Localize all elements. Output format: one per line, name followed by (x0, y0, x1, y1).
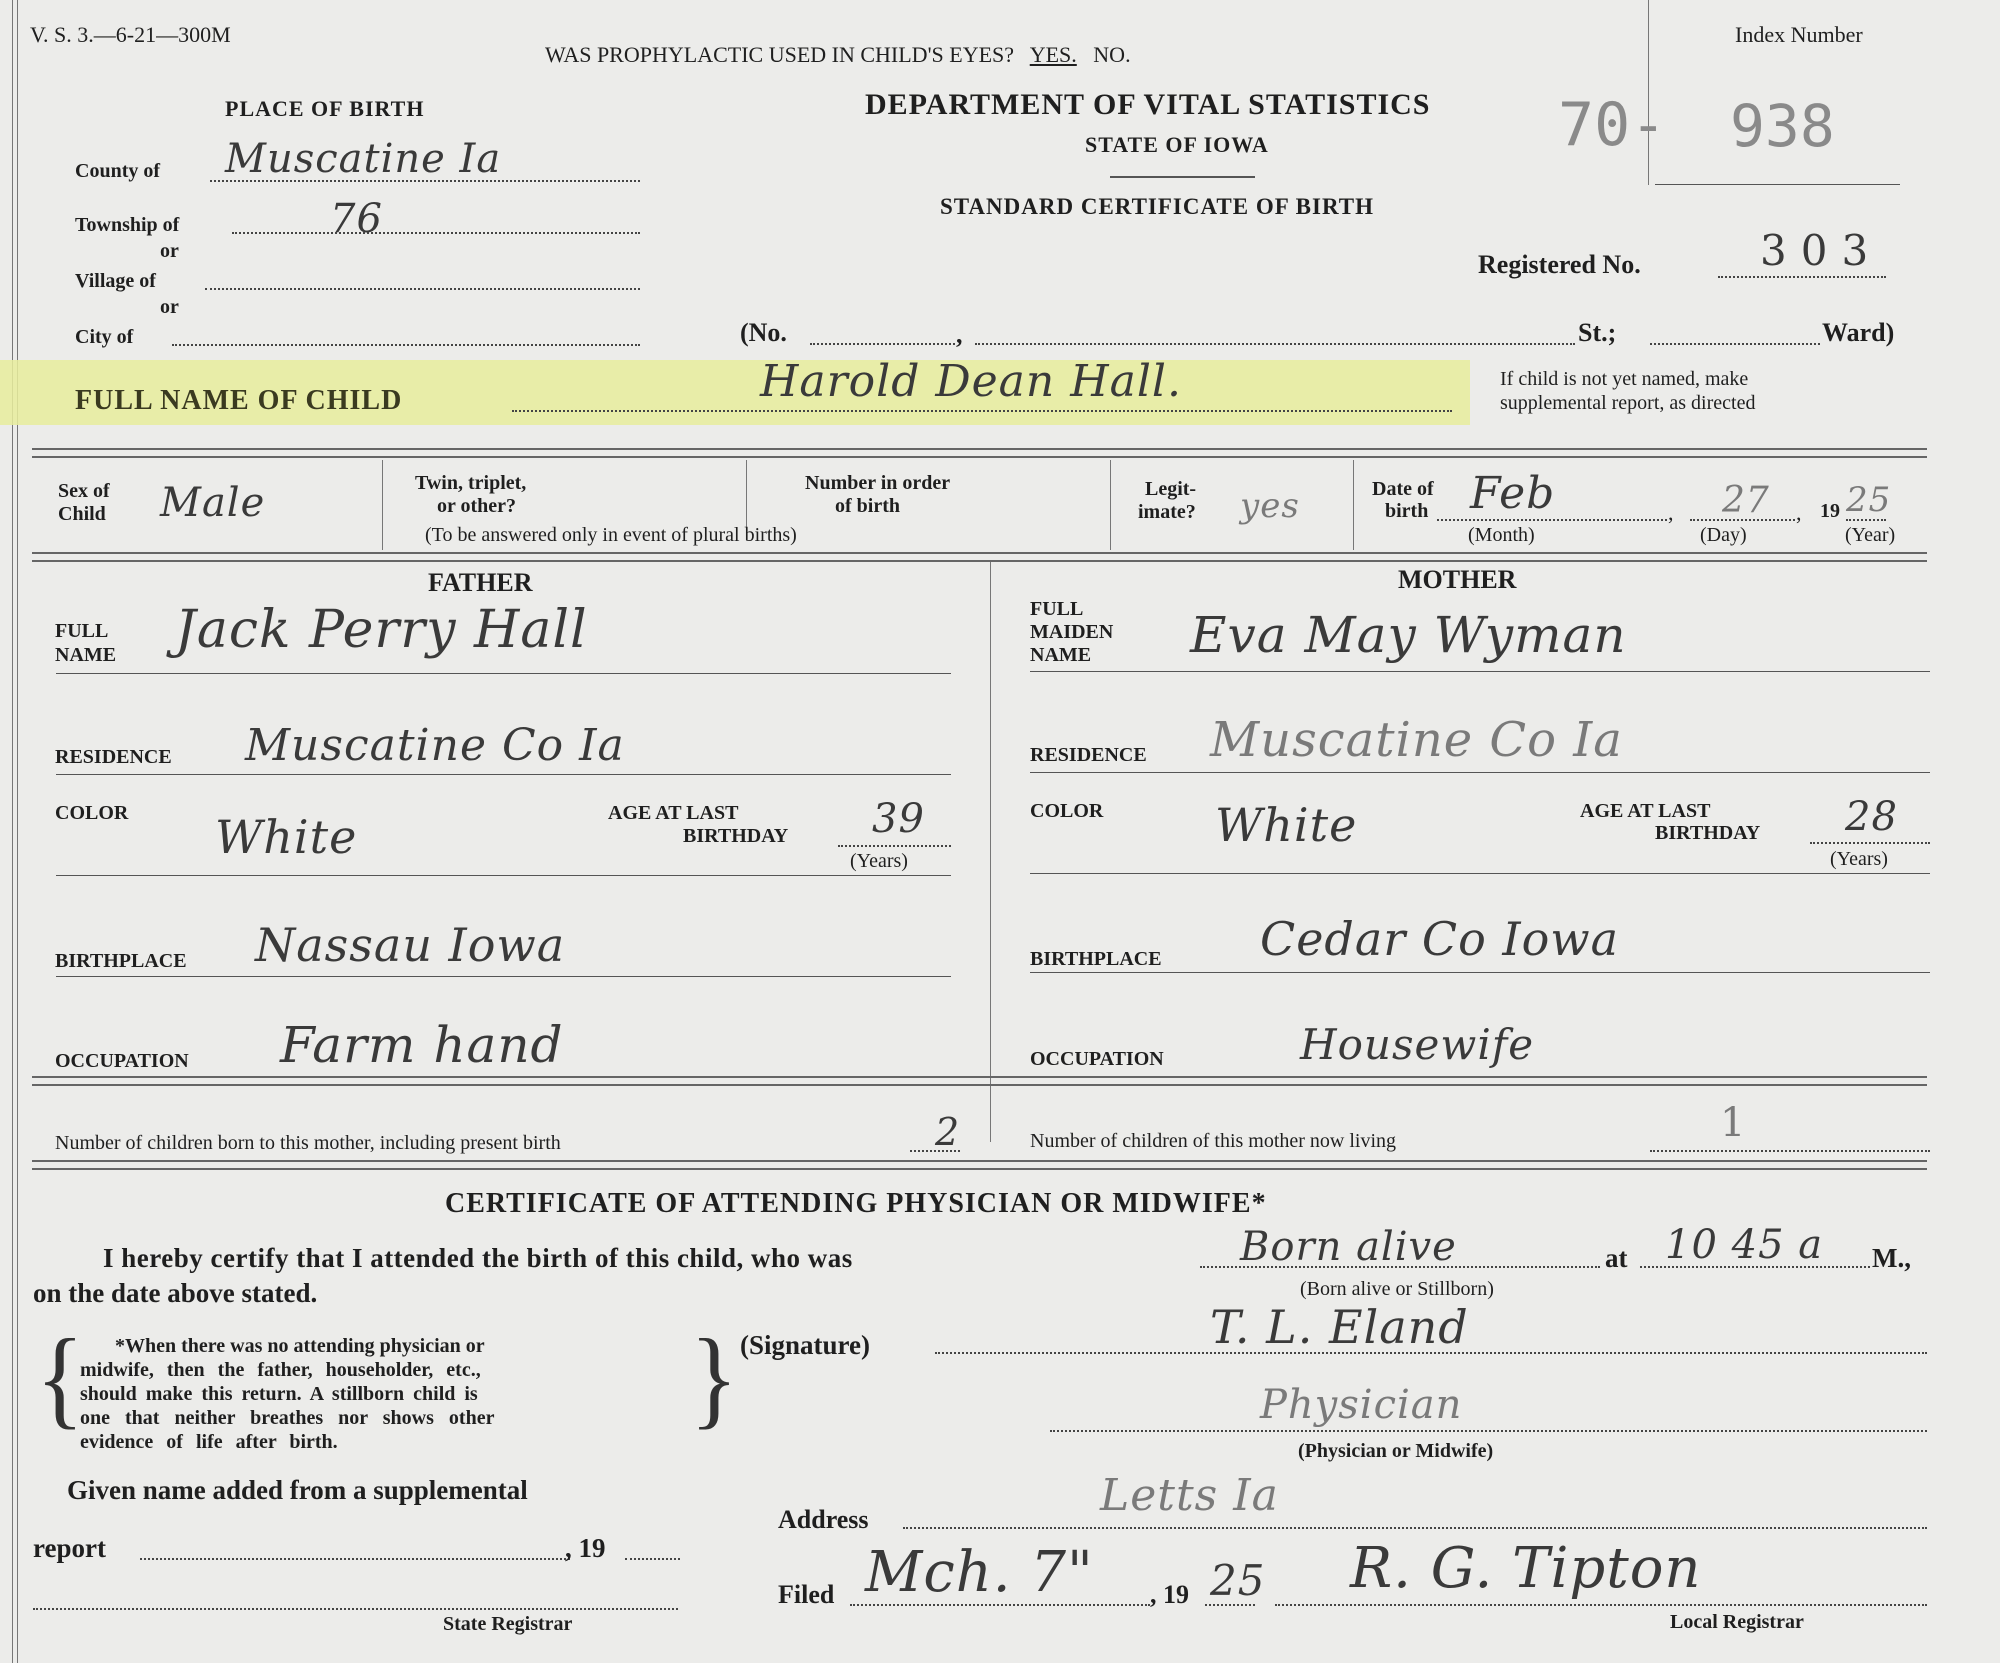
address-field[interactable] (903, 1527, 1927, 1529)
village-field[interactable] (205, 288, 640, 290)
twin-label-1: Twin, triplet, (415, 472, 526, 495)
father-age-value: 39 (872, 796, 925, 842)
local-registrar-field[interactable] (1275, 1604, 1927, 1606)
mother-age-field[interactable] (1810, 842, 1930, 844)
mother-years-caption: (Years) (1830, 848, 1888, 871)
city-label: City of (75, 326, 133, 349)
birth-status-value: Born alive (1240, 1224, 1457, 1270)
legit-label-1: Legit- (1145, 478, 1196, 501)
occupation-bottom-rule (32, 1076, 1927, 1086)
day-caption: (Day) (1700, 524, 1747, 547)
form-code: V. S. 3.—6-21—300M (30, 22, 231, 48)
village-label: Village of (75, 270, 156, 293)
father-name-line (56, 673, 951, 674)
footnote-line-1: *When there was no attending physician o… (80, 1335, 485, 1358)
mother-color-label: COLOR (1030, 800, 1103, 823)
child-name-value: Harold Dean Hall. (760, 356, 1182, 407)
township-field[interactable] (232, 232, 640, 234)
registered-value: 303 (1760, 226, 1882, 275)
township-label: Township of (75, 214, 179, 237)
mother-name-value: Eva May Wyman (1190, 606, 1627, 664)
state-registrar-field[interactable] (33, 1608, 678, 1610)
birth-time-value: 10 45 a (1665, 1222, 1823, 1268)
state-title: STATE OF IOWA (1085, 132, 1269, 158)
county-value: Muscatine Ia (225, 136, 501, 182)
father-color-value: White (215, 810, 357, 864)
place-of-birth-title: PLACE OF BIRTH (225, 96, 424, 122)
state-registrar-label: State Registrar (443, 1613, 572, 1636)
footnote-line-3: should make this return. A stillborn chi… (80, 1383, 478, 1406)
local-registrar-label: Local Registrar (1670, 1611, 1804, 1634)
mother-residence-label: RESIDENCE (1030, 744, 1147, 767)
mother-birthplace-value: Cedar Co Iowa (1260, 912, 1619, 966)
unnamed-note-2: supplemental report, as directed (1500, 392, 1755, 415)
certify-text-2: on the date above stated. (33, 1278, 317, 1309)
unnamed-note-1: If child is not yet named, make (1500, 368, 1748, 391)
mother-color-value: White (1215, 798, 1357, 852)
mother-name-label-1: FULL (1030, 598, 1083, 621)
father-color-label: COLOR (55, 802, 128, 825)
filed-year-prefix: , 19 (1150, 1580, 1189, 1610)
prophylactic-no: NO. (1093, 42, 1130, 67)
dob-year-prefix: 19 (1820, 500, 1840, 523)
dob-label-2: birth (1385, 500, 1428, 523)
plural-note: (To be answered only in event of plural … (425, 524, 797, 547)
dob-month-value: Feb (1470, 468, 1555, 519)
twin-label-2: or other? (437, 495, 516, 518)
children-living-value: 1 (1720, 1100, 1746, 1146)
mother-age-label-1: AGE AT LAST (1580, 800, 1710, 823)
supplemental-report-field[interactable] (140, 1558, 570, 1560)
registrar-signature-value: R. G. Tipton (1350, 1536, 1702, 1601)
address-st-label: St.; (1578, 318, 1616, 348)
footnote-line-5: evidence of life after birth. (80, 1431, 338, 1454)
mother-name-line (1030, 671, 1930, 672)
father-name-label-1: FULL (55, 620, 108, 643)
supplemental-year-field[interactable] (625, 1558, 680, 1560)
order-label-1: Number in order (805, 472, 950, 495)
role-caption: (Physician or Midwife) (1298, 1440, 1493, 1463)
footnote-brace-right: } (690, 1323, 738, 1433)
father-name-label-2: NAME (55, 644, 116, 667)
father-name-value: Jack Perry Hall (175, 600, 588, 660)
mother-residence-value: Muscatine Co Ia (1210, 712, 1623, 768)
father-birthplace-label: BIRTHPLACE (55, 950, 187, 973)
registered-field[interactable] (1718, 276, 1886, 278)
children-living-field[interactable] (1650, 1150, 1930, 1152)
father-residence-line (56, 774, 951, 775)
physician-title: CERTIFICATE OF ATTENDING PHYSICIAN OR MI… (445, 1188, 1267, 1220)
certificate-title: STANDARD CERTIFICATE OF BIRTH (940, 194, 1374, 220)
or-text-2: or (160, 296, 179, 319)
father-occupation-label: OCCUPATION (55, 1050, 189, 1073)
address-comma: , (956, 320, 963, 350)
status-caption: (Born alive or Stillborn) (1300, 1278, 1494, 1301)
sex-value: Male (160, 480, 265, 526)
index-label: Index Number (1735, 22, 1863, 48)
department-title: DEPARTMENT OF VITAL STATISTICS (865, 88, 1430, 122)
father-residence-label: RESIDENCE (55, 746, 172, 769)
father-title: FATHER (428, 568, 532, 598)
mother-age-value: 28 (1845, 794, 1898, 840)
filed-label: Filed (778, 1580, 834, 1610)
child-name-label: FULL NAME OF CHILD (75, 385, 402, 417)
supplemental-report-label: report (33, 1533, 106, 1564)
mother-name-label-2: MAIDEN (1030, 621, 1113, 644)
supplemental-year-prefix: , 19 (565, 1533, 606, 1564)
father-occupation-value: Farm hand (280, 1016, 564, 1074)
index-number: 938 (1730, 92, 1835, 160)
mother-name-label-3: NAME (1030, 644, 1091, 667)
filed-year-value: 25 (1210, 1556, 1265, 1605)
order-label-2: of birth (835, 495, 900, 518)
parents-divider (990, 562, 991, 1142)
certify-text: I hereby certify that I attended the bir… (103, 1243, 853, 1274)
dob-comma-2: , (1796, 500, 1802, 526)
dob-label-1: Date of (1372, 478, 1434, 501)
footnote-brace-left: { (36, 1323, 84, 1433)
dob-day-value: 27 (1722, 480, 1770, 521)
child-row-top-rule (32, 448, 1927, 458)
prophylactic-question: WAS PROPHYLACTIC USED IN CHILD'S EYES? Y… (545, 42, 1131, 68)
signature-value: T. L. Eland (1210, 1300, 1469, 1354)
address-street-field[interactable] (975, 343, 1575, 345)
prophylactic-question-text: WAS PROPHYLACTIC USED IN CHILD'S EYES? (545, 42, 1014, 67)
father-residence-value: Muscatine Co Ia (245, 720, 625, 771)
dob-year-value: 25 (1846, 480, 1891, 520)
father-age-field[interactable] (838, 845, 951, 847)
title-rule (1110, 176, 1255, 178)
m-label: M., (1872, 1243, 1911, 1274)
year-caption: (Year) (1845, 524, 1895, 547)
physician-title-field[interactable] (1050, 1430, 1927, 1432)
divider-twin (746, 460, 747, 530)
divider-order (1110, 460, 1111, 550)
dob-month-field[interactable] (1437, 519, 1667, 521)
filed-date-value: Mch. 7" (865, 1540, 1094, 1605)
at-label: at (1605, 1243, 1628, 1274)
mother-color-line (1030, 873, 1930, 874)
city-field[interactable] (172, 344, 640, 346)
address-value: Letts Ia (1100, 1470, 1279, 1521)
children-living-label: Number of children of this mother now li… (1030, 1130, 1396, 1153)
mother-age-label-2: BIRTHDAY (1655, 822, 1760, 845)
legit-label-2: imate? (1138, 501, 1196, 524)
footnote-line-2: midwife, then the father, householder, e… (80, 1359, 481, 1382)
mother-occupation-value: Housewife (1300, 1020, 1534, 1069)
father-birthplace-line (56, 976, 951, 977)
dob-comma-1: , (1668, 500, 1674, 526)
mother-title: MOTHER (1398, 565, 1516, 595)
township-value: 76 (330, 196, 383, 242)
address-ward-field[interactable] (1650, 343, 1820, 345)
children-bottom-rule (32, 1160, 1927, 1170)
sex-label-1: Sex of (58, 480, 110, 503)
children-born-value: 2 (935, 1110, 960, 1154)
divider-sex (382, 460, 383, 550)
address-label: Address (778, 1505, 869, 1535)
divider-legit (1353, 460, 1354, 550)
father-birthplace-value: Nassau Iowa (255, 918, 565, 972)
address-no-label: (No. (740, 318, 787, 348)
address-ward-label: Ward) (1822, 318, 1894, 348)
county-label: County of (75, 160, 160, 183)
supplemental-line-1: Given name added from a supplemental (67, 1475, 528, 1506)
father-age-label-1: AGE AT LAST (608, 802, 738, 825)
footnote-line-4: one that neither breathes nor shows othe… (80, 1407, 494, 1430)
mother-residence-line (1030, 772, 1930, 773)
father-age-label-2: BIRTHDAY (683, 825, 788, 848)
mother-birthplace-label: BIRTHPLACE (1030, 948, 1162, 971)
mother-occupation-label: OCCUPATION (1030, 1048, 1164, 1071)
address-no-field[interactable] (810, 343, 955, 345)
or-text-1: or (160, 240, 179, 263)
child-row-bottom-rule (32, 552, 1927, 562)
father-color-line (56, 875, 951, 876)
index-box-bottom (1655, 184, 1900, 185)
sex-label-2: Child (58, 503, 106, 526)
child-name-field[interactable] (512, 410, 1452, 412)
left-margin-rule (12, 0, 13, 1663)
index-prefix: 70- (1558, 90, 1666, 160)
left-margin-rule-inner (17, 0, 18, 1663)
physician-title-value: Physician (1260, 1382, 1462, 1428)
legit-value: yes (1240, 486, 1300, 526)
mother-birthplace-line (1030, 972, 1930, 973)
prophylactic-yes: YES. (1030, 42, 1077, 67)
month-caption: (Month) (1468, 524, 1535, 547)
registered-label: Registered No. (1478, 250, 1641, 280)
father-years-caption: (Years) (850, 850, 908, 873)
signature-label: (Signature) (740, 1330, 870, 1361)
children-born-label: Number of children born to this mother, … (55, 1132, 561, 1155)
